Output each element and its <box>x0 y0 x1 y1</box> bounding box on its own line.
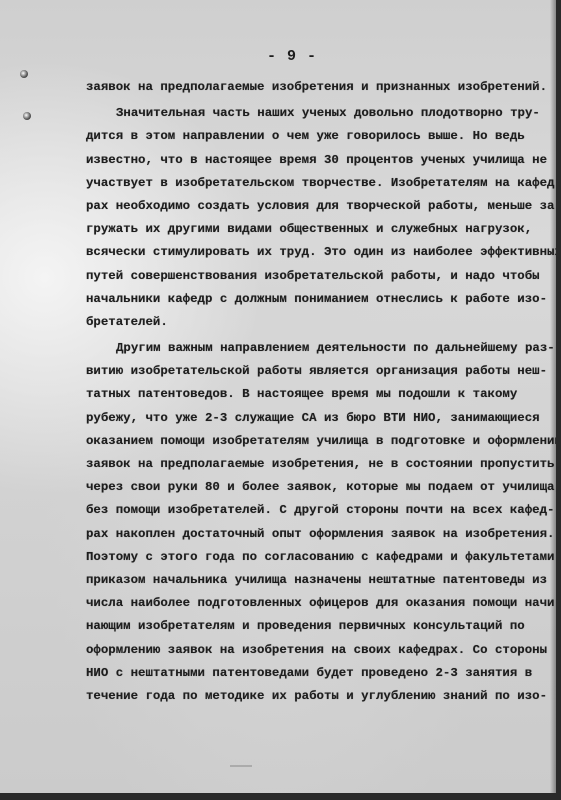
text-line: без помощи изобретателей. С другой сторо… <box>86 499 556 522</box>
text-line: течение года по методике их работы и угл… <box>86 685 556 708</box>
punch-hole-mark <box>20 70 28 78</box>
text-line: дится в этом направлении о чем уже говор… <box>86 125 556 148</box>
text-line: заявок на предполагаемые изобретения, не… <box>86 453 556 476</box>
text-line: оформлению заявок на изобретения на свои… <box>86 639 556 662</box>
text-line: через свои руки 80 и более заявок, котор… <box>86 476 556 499</box>
text-line: бретателей. <box>86 311 556 334</box>
text-line: НИО с нештатными патентоведами будет про… <box>86 662 556 685</box>
text-line: известно, что в настоящее время 30 проце… <box>86 149 556 172</box>
text-line: участвует в изобретательском творчестве.… <box>86 172 556 195</box>
text-line: Значительная часть наших ученых довольно… <box>86 102 556 125</box>
text-line: начальники кафедр с должным пониманием о… <box>86 288 556 311</box>
text-line: Другим важным направлением деятельности … <box>86 337 556 360</box>
text-line: Поэтому с этого года по согласованию с к… <box>86 546 556 569</box>
text-line: витию изобретательской работы является о… <box>86 360 556 383</box>
text-line: числа наиболее подготовленных офицеров д… <box>86 592 556 615</box>
page-number: - 9 - <box>14 48 556 65</box>
punch-hole-mark <box>23 112 31 120</box>
text-line: гружать их другими видами общественных и… <box>86 218 556 241</box>
text-line: оказанием помощи изобретателям училища в… <box>86 430 556 453</box>
paragraph: Значительная часть наших ученых довольно… <box>86 102 556 334</box>
document-body: заявок на предполагаемые изобретения и п… <box>86 76 556 708</box>
text-line: рубежу, что уже 2-3 служащие СА из бюро … <box>86 407 556 430</box>
text-line: татных патентоведов. В настоящее время м… <box>86 383 556 406</box>
paragraph: заявок на предполагаемые изобретения и п… <box>86 76 556 99</box>
text-line: заявок на предполагаемые изобретения и п… <box>86 76 556 99</box>
document-page: - 9 - заявок на предполагаемые изобретен… <box>0 0 556 793</box>
text-line: рах необходимо создать условия для творч… <box>86 195 556 218</box>
paragraph: Другим важным направлением деятельности … <box>86 337 556 708</box>
text-line: приказом начальника училища назначены не… <box>86 569 556 592</box>
ink-smudge <box>230 765 252 767</box>
text-line: рах накоплен достаточный опыт оформления… <box>86 523 556 546</box>
text-line: путей совершенствования изобретательской… <box>86 265 556 288</box>
text-line: всячески стимулировать их труд. Это один… <box>86 241 556 264</box>
text-line: нающим изобретателям и проведения первич… <box>86 615 556 638</box>
